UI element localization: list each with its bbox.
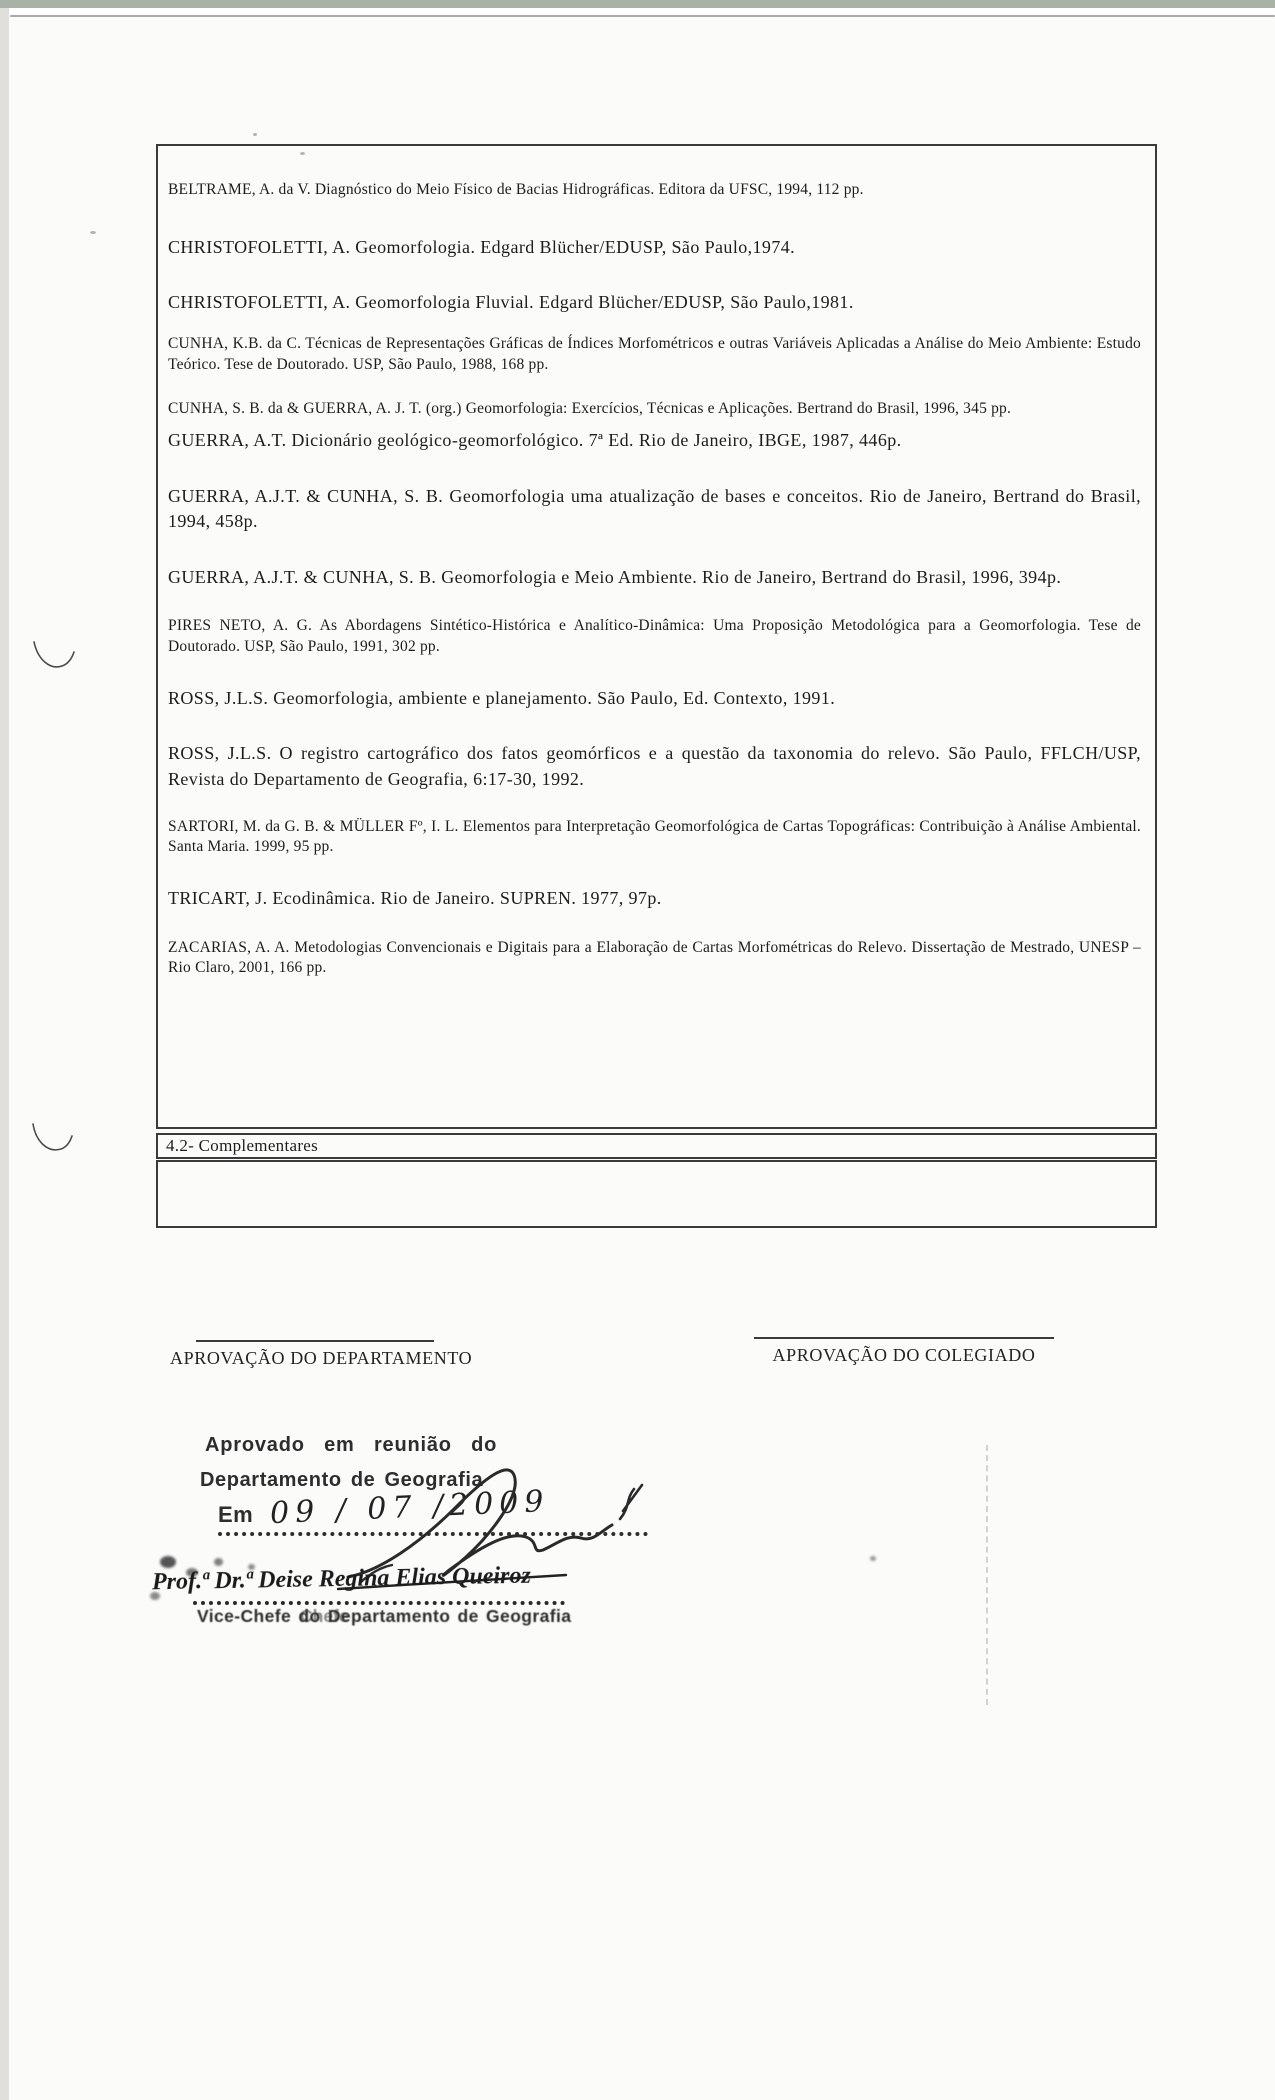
stamp-approved-line: Aprovado em reunião do	[205, 1434, 497, 1457]
approval-department-block: APROVAÇÃO DO DEPARTAMENTO	[170, 1340, 460, 1369]
scanner-edge-white	[0, 8, 1275, 14]
approval-colegiado-label: APROVAÇÃO DO COLEGIADO	[748, 1345, 1060, 1366]
reference-entry: GUERRA, A.J.T. & CUNHA, S. B. Geomorfolo…	[168, 565, 1141, 591]
reference-entry: CHRISTOFOLETTI, A. Geomorfologia. Edgard…	[168, 235, 1141, 261]
page-left-edge-shadow	[0, 8, 9, 2100]
ink-smudge	[214, 1558, 223, 1566]
reference-entry: ZACARIAS, A. A. Metodologias Convenciona…	[168, 938, 1141, 980]
scan-speck	[253, 133, 257, 136]
reference-entry: ROSS, J.L.S. O registro cartográfico dos…	[168, 741, 1141, 792]
reference-entry: CUNHA, S. B. da & GUERRA, A. J. T. (org.…	[168, 399, 1141, 420]
reference-entry: ROSS, J.L.S. Geomorfologia, ambiente e p…	[168, 686, 1141, 712]
reference-entry: CHRISTOFOLETTI, A. Geomorfologia Fluvial…	[168, 290, 1141, 316]
reference-entry: CUNHA, K.B. da C. Técnicas de Representa…	[168, 334, 1141, 376]
scanned-document-page: BELTRAME, A. da V. Diagnóstico do Meio F…	[0, 0, 1275, 2100]
reference-entry: TRICART, J. Ecodinâmica. Rio de Janeiro.…	[168, 886, 1141, 912]
stamp-em-label: Em	[218, 1502, 253, 1528]
section-header-complementares: 4.2- Complementares	[156, 1133, 1157, 1159]
pen-check-mark	[28, 1118, 78, 1162]
scan-speck	[90, 231, 96, 234]
approval-colegiado-block: APROVAÇÃO DO COLEGIADO	[748, 1337, 1060, 1366]
reference-entry: BELTRAME, A. da V. Diagnóstico do Meio F…	[168, 180, 1141, 201]
signatory-role: Vice-Chefe do Departamento de Geografia	[197, 1606, 571, 1627]
page-top-edge-line	[10, 15, 1275, 17]
reference-entry: SARTORI, M. da G. B. & MÜLLER Fº, I. L. …	[168, 817, 1141, 859]
scan-dashed-line	[986, 1445, 988, 1705]
scanner-edge-strip	[0, 0, 1275, 8]
pen-check-mark	[30, 628, 80, 678]
bibliography-box: BELTRAME, A. da V. Diagnóstico do Meio F…	[156, 144, 1157, 1129]
ink-smudge	[160, 1556, 176, 1568]
reference-entry: GUERRA, A.T. Dicionário geológico-geomor…	[168, 428, 1141, 454]
reference-entry: PIRES NETO, A. G. As Abordagens Sintétic…	[168, 616, 1141, 658]
reference-entry: GUERRA, A.J.T. & CUNHA, S. B. Geomorfolo…	[168, 484, 1141, 535]
name-dotted-line	[193, 1601, 565, 1605]
signature-rule	[196, 1340, 434, 1342]
approval-department-label: APROVAÇÃO DO DEPARTAMENTO	[170, 1348, 460, 1369]
ink-smudge	[870, 1556, 876, 1561]
signature-rule	[754, 1337, 1054, 1339]
complementares-empty-box	[156, 1160, 1157, 1228]
bibliography-list: BELTRAME, A. da V. Diagnóstico do Meio F…	[158, 146, 1155, 979]
